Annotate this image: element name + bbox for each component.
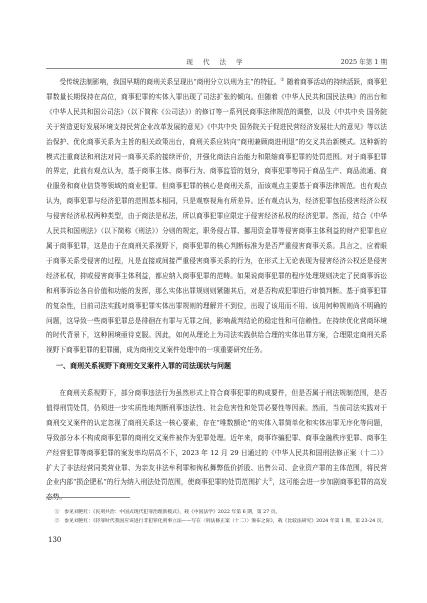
running-header: 现 代 法 学 2025 年第 1 期 <box>46 56 387 68</box>
footnote-2: ② 参见刘艳红：《轻罪时代我国应该进行非犯罪化刑事立法——写在〈刑法修正案（十二… <box>46 517 387 526</box>
footnote-text: 参见刘艳红：《民刑共治：中国式现代犯罪治理新模式》，载《中国法学》2022 年第… <box>64 510 280 515</box>
section-text: 在商刑关系视野下，部分商事违法行为虽然形式上符合商事犯罪的构成要件，但是否属于刑… <box>46 389 387 486</box>
footnotes: ① 参见刘艳红：《民刑共治：中国式现代犯罪治理新模式》，载《中国法学》2022 … <box>46 508 387 526</box>
footnote-mark: ② <box>55 519 60 524</box>
footnote-divider <box>46 497 130 498</box>
footnote-1: ① 参见刘艳红：《民刑共治：中国式现代犯罪治理新模式》，载《中国法学》2022 … <box>46 508 387 517</box>
section-paragraph: 在商刑关系视野下，部分商事违法行为虽然形式上符合商事犯罪的构成要件，但是否属于刑… <box>46 386 387 505</box>
intro-text: 受传统法制影响，我国早期的商刑关系呈现出“商刑分立以刑为主”的特征。 <box>59 78 280 86</box>
journal-name: 现 代 法 学 <box>46 57 387 66</box>
page-number: 130 <box>48 536 61 544</box>
section-body: 在商刑关系视野下，部分商事违法行为虽然形式上符合商事犯罪的构成要件，但是否属于刑… <box>46 386 387 505</box>
footnote-text: 参见刘艳红：《轻罪时代我国应该进行非犯罪化刑事立法——写在〈刑法修正案（十二）〉… <box>64 519 386 524</box>
intro-section: 受传统法制影响，我国早期的商刑关系呈现出“商刑分立以刑为主”的特征。① 随着商事… <box>46 75 387 358</box>
intro-paragraph: 受传统法制影响，我国早期的商刑关系呈现出“商刑分立以刑为主”的特征。① 随着商事… <box>46 75 387 358</box>
issue-label: 2025 年第 1 期 <box>341 57 387 66</box>
section-heading: 一、商刑关系视野下商刑交叉案件入罪的司法现状与问题 <box>56 361 231 371</box>
document-page: 现 代 法 学 2025 年第 1 期 受传统法制影响，我国早期的商刑关系呈现出… <box>0 0 427 603</box>
footnote-mark: ① <box>55 510 60 515</box>
header-divider <box>46 68 387 69</box>
intro-text-cont: 随着商事活动的持续活跃，商事犯罪数量长期保持在高位，商事犯罪的实体入罪出现了司法… <box>46 78 387 354</box>
